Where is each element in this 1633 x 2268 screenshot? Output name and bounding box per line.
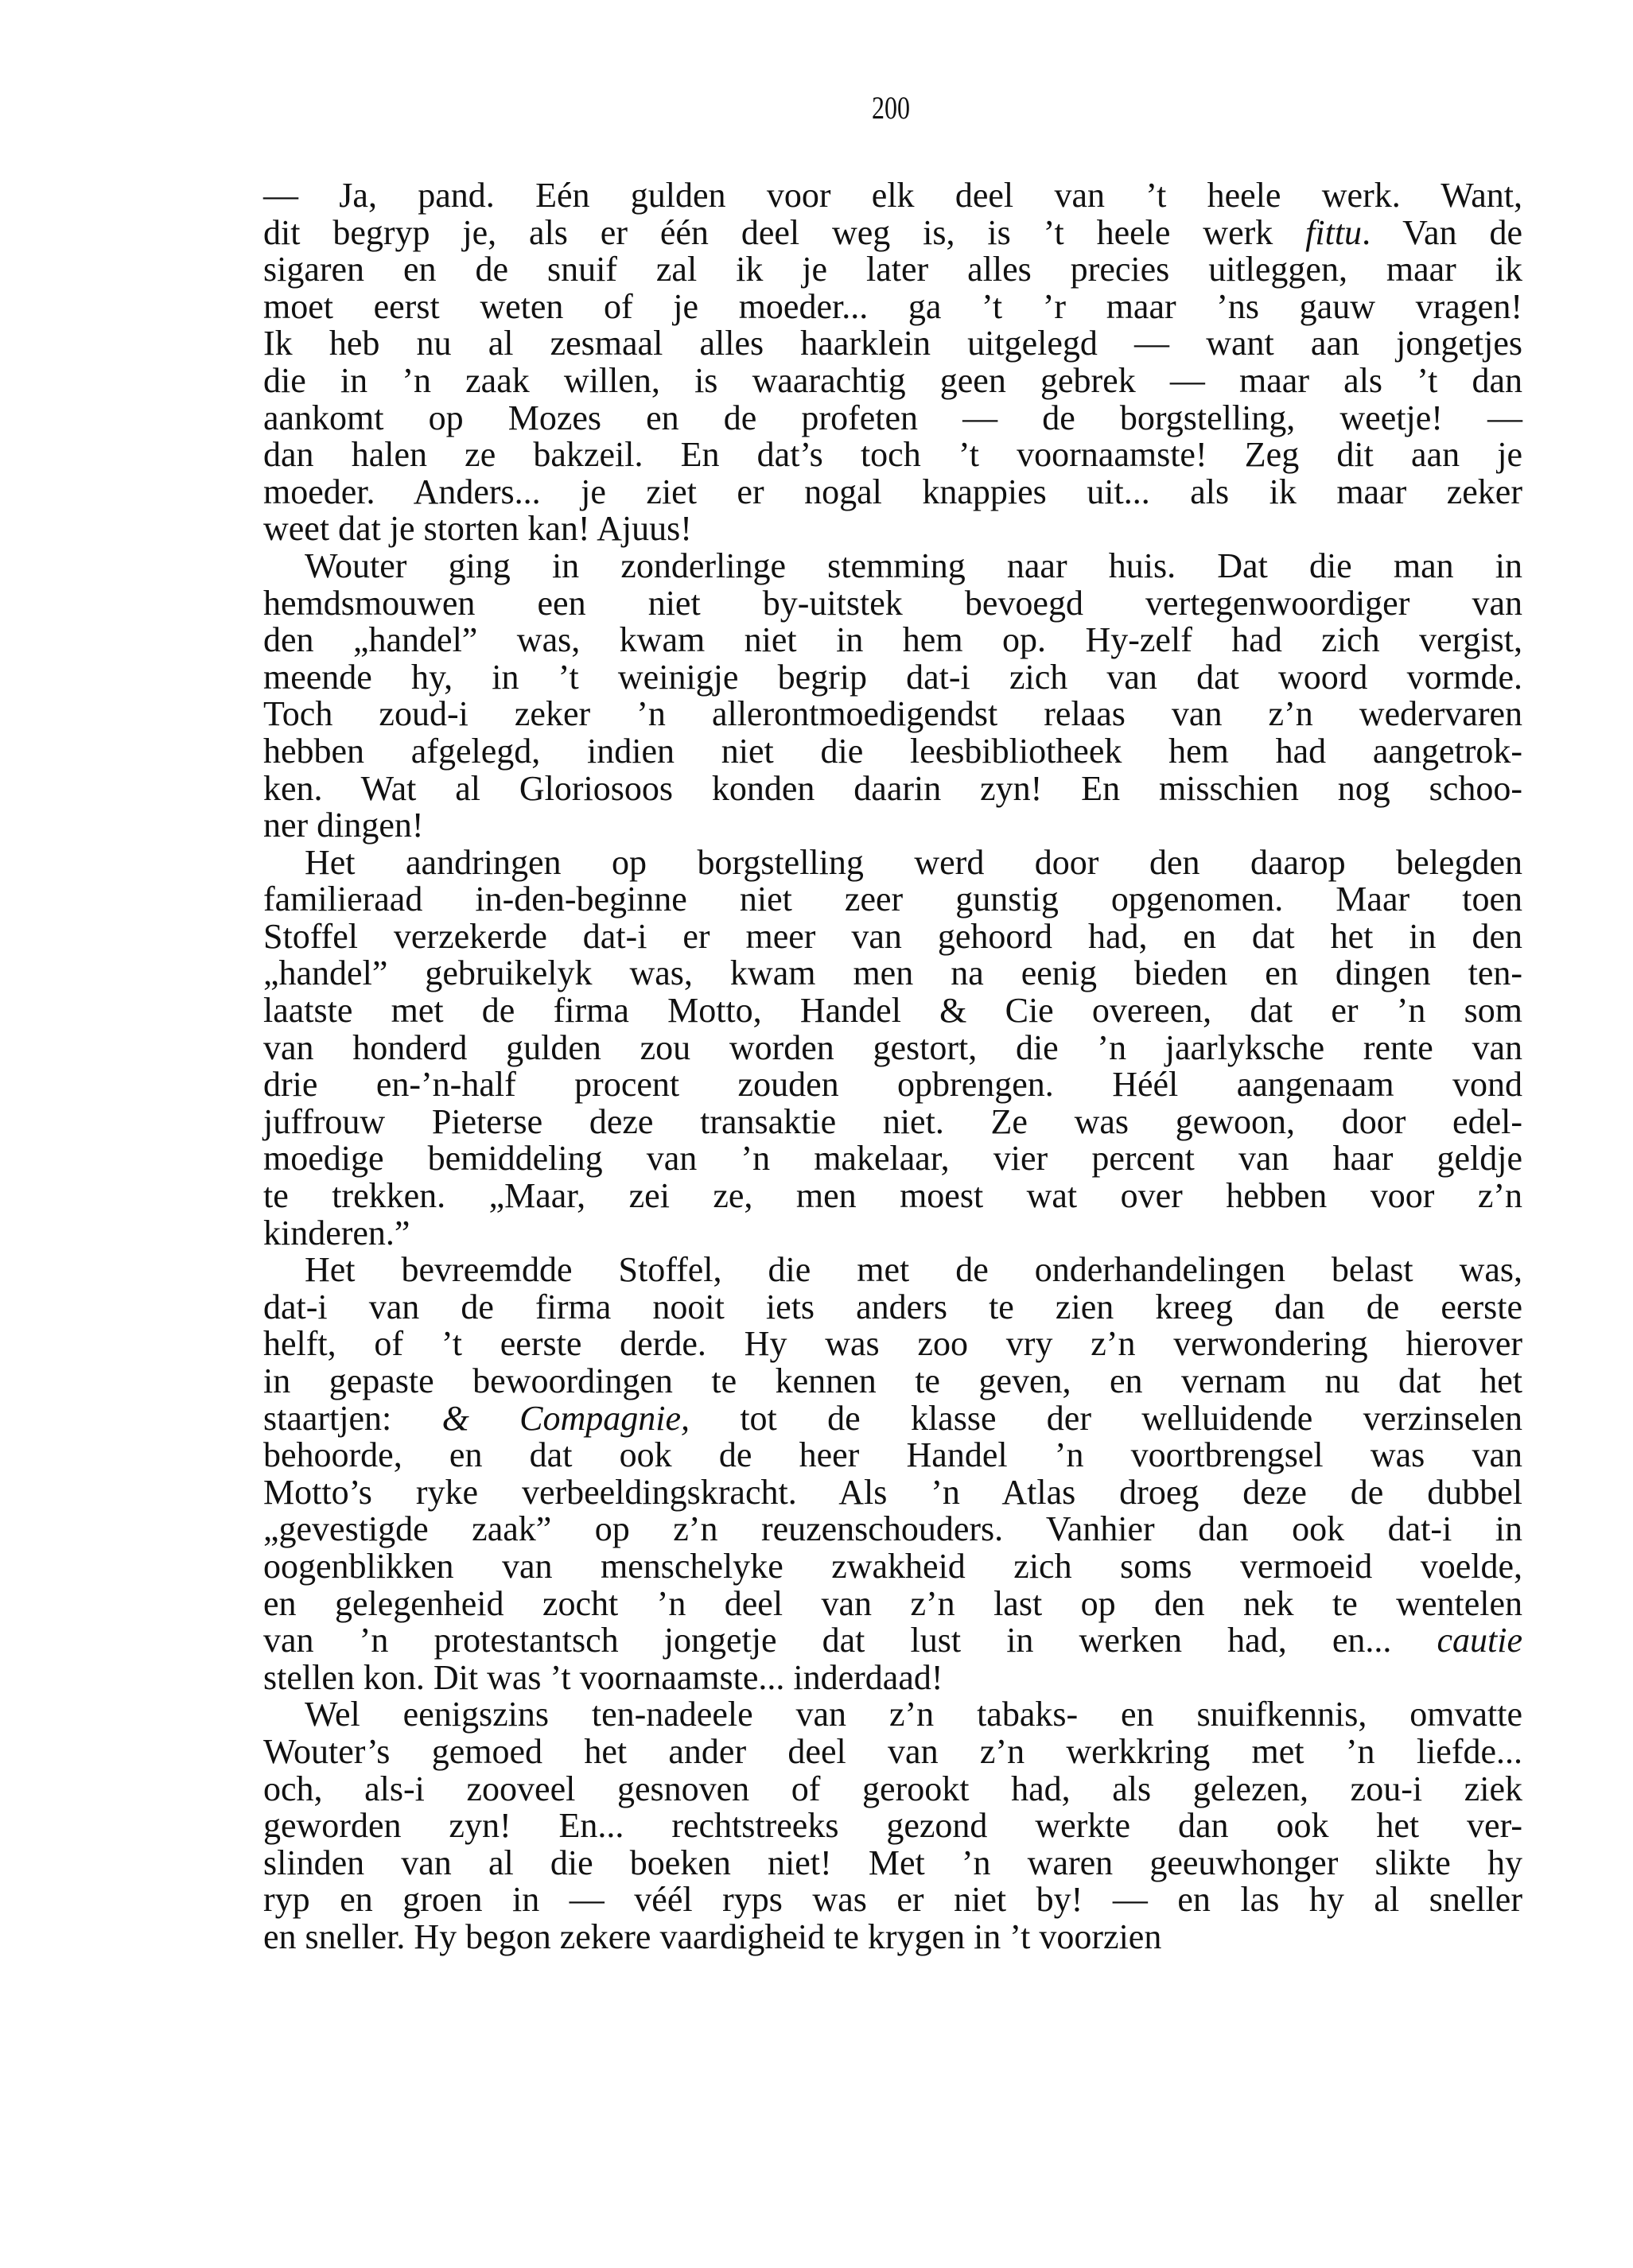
text-line: den „handel” was, kwam niet in hem op. H… [263,622,1522,659]
text-line: Ik heb nu al zesmaal alles haarklein uit… [263,325,1522,363]
text-line: van ’n protestantsch jongetje dat lust i… [263,1622,1522,1660]
page-number-text: 200 [872,89,910,126]
text-line: Wouter’s gemoed het ander deel van z’n w… [263,1734,1522,1771]
text-line: drie en-’n-half procent zouden opbrengen… [263,1066,1522,1104]
body-text: — Ja, pand. Eén gulden voor elk deel van… [263,177,1522,1956]
text-line: ner dingen! [263,807,1522,845]
text-line: die in ’n zaak willen, is waarachtig gee… [263,363,1522,400]
text-line: meende hy, in ’t weinigje begrip dat-i z… [263,659,1522,697]
text-line: juffrouw Pieterse deze transaktie niet. … [263,1104,1522,1141]
text-line: behoorde, en dat ook de heer Handel ’n v… [263,1437,1522,1474]
text-line: moedige bemiddeling van ’n makelaar, vie… [263,1140,1522,1178]
text-line: ryp en groen in — véél ryps was er niet … [263,1882,1522,1919]
text-line: en gelegenheid zocht ’n deel van z’n las… [263,1586,1522,1623]
text-line: familieraad in-den-beginne niet zeer gun… [263,881,1522,918]
paragraph: Wel eenigszins ten-nadeele van z’n tabak… [263,1696,1522,1955]
text-line: staartjen: & Compagnie, tot de klasse de… [263,1400,1522,1438]
text-line: weet dat je storten kan! Ajuus! [263,511,1522,548]
paragraph: Het aandringen op borgstelling werd door… [263,845,1522,1252]
text-line: Wouter ging in zonderlinge stemming naar… [263,548,1522,585]
text-line: kinderen.” [263,1215,1522,1252]
text-line: en sneller. Hy begon zekere vaardigheid … [263,1919,1522,1956]
text-line: dan halen ze bakzeil. En dat’s toch ’t v… [263,437,1522,474]
text-line: „gevestigde zaak” op z’n reuzenschouders… [263,1511,1522,1548]
paragraph: Het bevreemdde Stoffel, die met de onder… [263,1252,1522,1696]
text-line: stellen kon. Dit was ’t voornaamste... i… [263,1660,1522,1697]
text-line: dit begryp je, als er één deel weg is, i… [263,215,1522,252]
text-line: aankomt op Mozes en de profeten — de bor… [263,400,1522,437]
text-line: dat-i van de firma nooit iets anders te … [263,1289,1522,1326]
text-line: ken. Wat al Gloriosoos konden daarin zyn… [263,771,1522,808]
text-line: Wel eenigszins ten-nadeele van z’n tabak… [263,1696,1522,1734]
text-line: moet eerst weten of je moeder... ga ’t ’… [263,289,1522,326]
text-line: hebben afgelegd, indien niet die leesbib… [263,733,1522,771]
page-number: 200 [0,89,1633,126]
text-line: moeder. Anders... je ziet er nogal knapp… [263,474,1522,511]
text-line: slinden van al die boeken niet! Met ’n w… [263,1845,1522,1882]
text-line: helft, of ’t eerste derde. Hy was zoo vr… [263,1326,1522,1363]
paragraph: Wouter ging in zonderlinge stemming naar… [263,548,1522,845]
text-line: Het bevreemdde Stoffel, die met de onder… [263,1252,1522,1289]
text-line: laatste met de firma Motto, Handel & Cie… [263,992,1522,1030]
text-line: — Ja, pand. Eén gulden voor elk deel van… [263,177,1522,215]
text-line: Motto’s ryke verbeeldingskracht. Als ’n … [263,1474,1522,1512]
text-line: te trekken. „Maar, zei ze, men moest wat… [263,1178,1522,1215]
text-line: Het aandringen op borgstelling werd door… [263,845,1522,882]
text-line: sigaren en de snuif zal ik je later alle… [263,251,1522,289]
text-line: hemdsmouwen een niet by-uitstek bevoegd … [263,585,1522,623]
text-line: geworden zyn! En... rechtstreeks gezond … [263,1808,1522,1845]
text-line: och, als-i zooveel gesnoven of gerookt h… [263,1771,1522,1808]
paragraph: — Ja, pand. Eén gulden voor elk deel van… [263,177,1522,548]
text-line: Stoffel verzekerde dat-i er meer van geh… [263,918,1522,956]
text-line: in gepaste bewoordingen te kennen te gev… [263,1363,1522,1400]
text-line: „handel” gebruikelyk was, kwam men na ee… [263,955,1522,992]
text-line: oogenblikken van menschelyke zwakheid zi… [263,1548,1522,1586]
text-line: van honderd gulden zou worden gestort, d… [263,1030,1522,1067]
text-line: Toch zoud-i zeker ’n allerontmoedigendst… [263,696,1522,733]
